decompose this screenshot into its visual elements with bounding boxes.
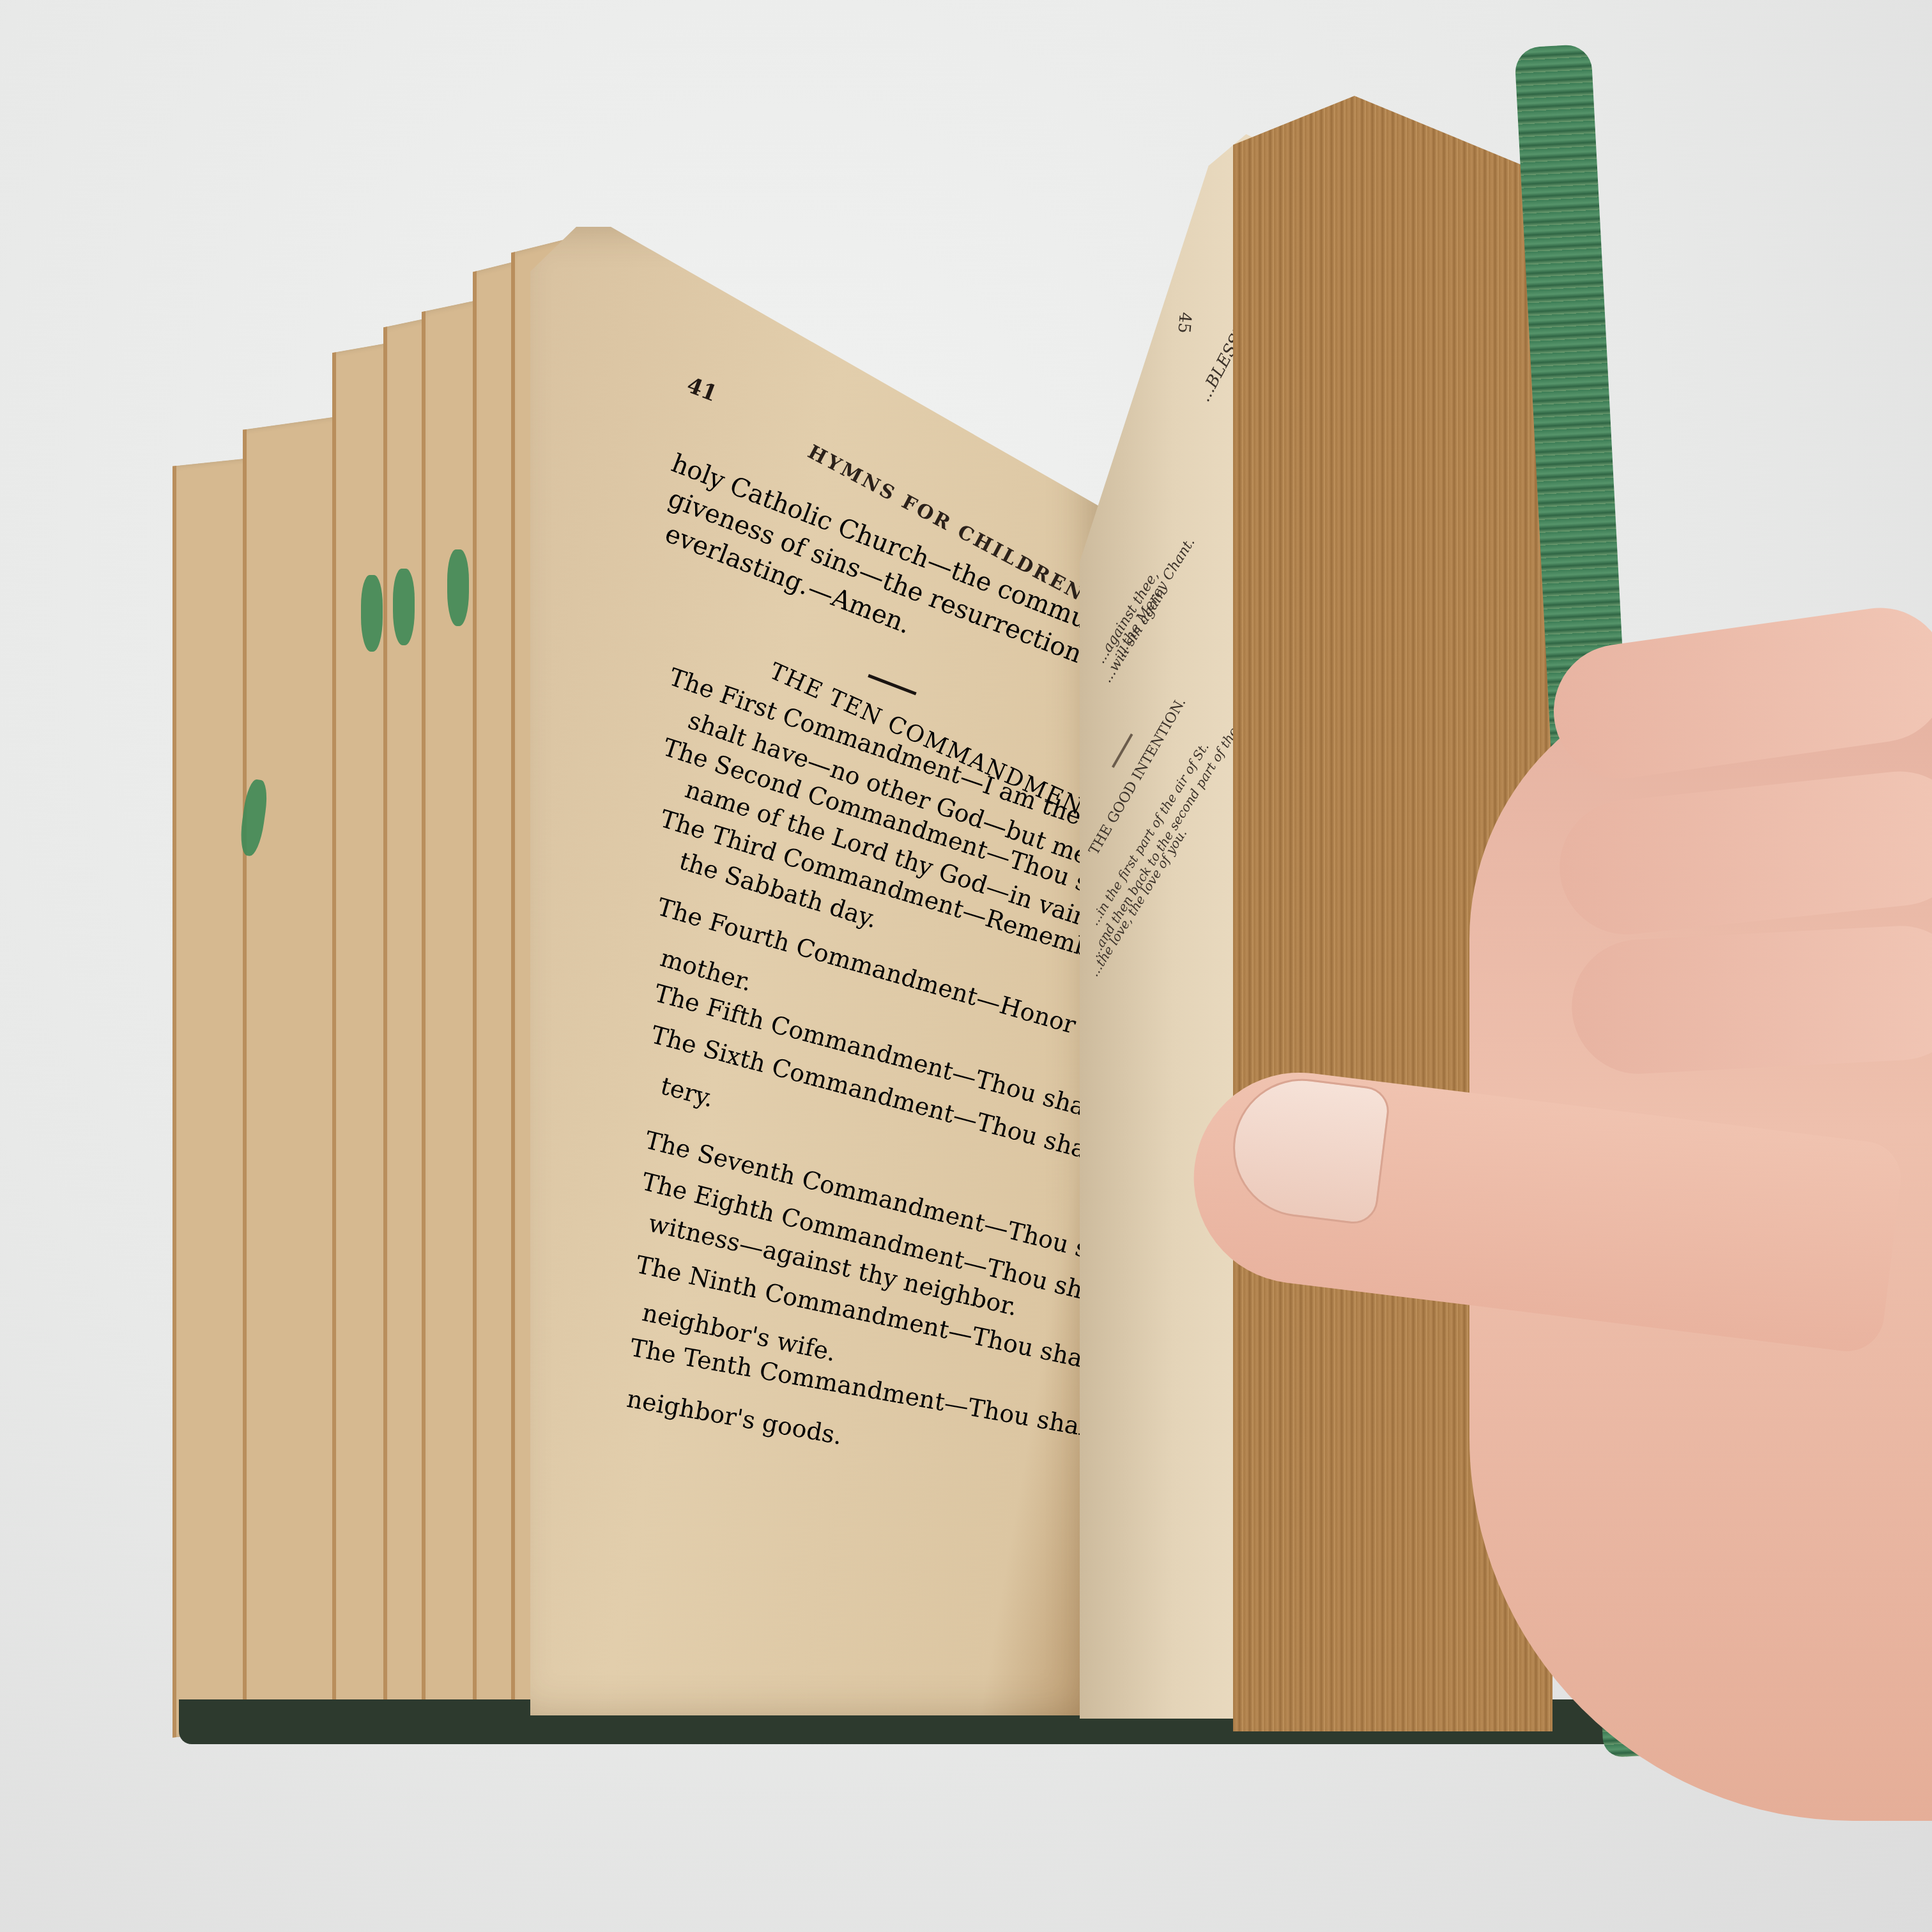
green-stain (393, 569, 415, 645)
finger (1568, 923, 1932, 1077)
green-stain (361, 575, 383, 652)
green-stain (447, 549, 469, 626)
page-number-right: 45 (1174, 311, 1195, 334)
book-photo-scene: 41 HYMNS FOR CHILDREN. holy Catholic Chu… (0, 0, 1932, 1932)
